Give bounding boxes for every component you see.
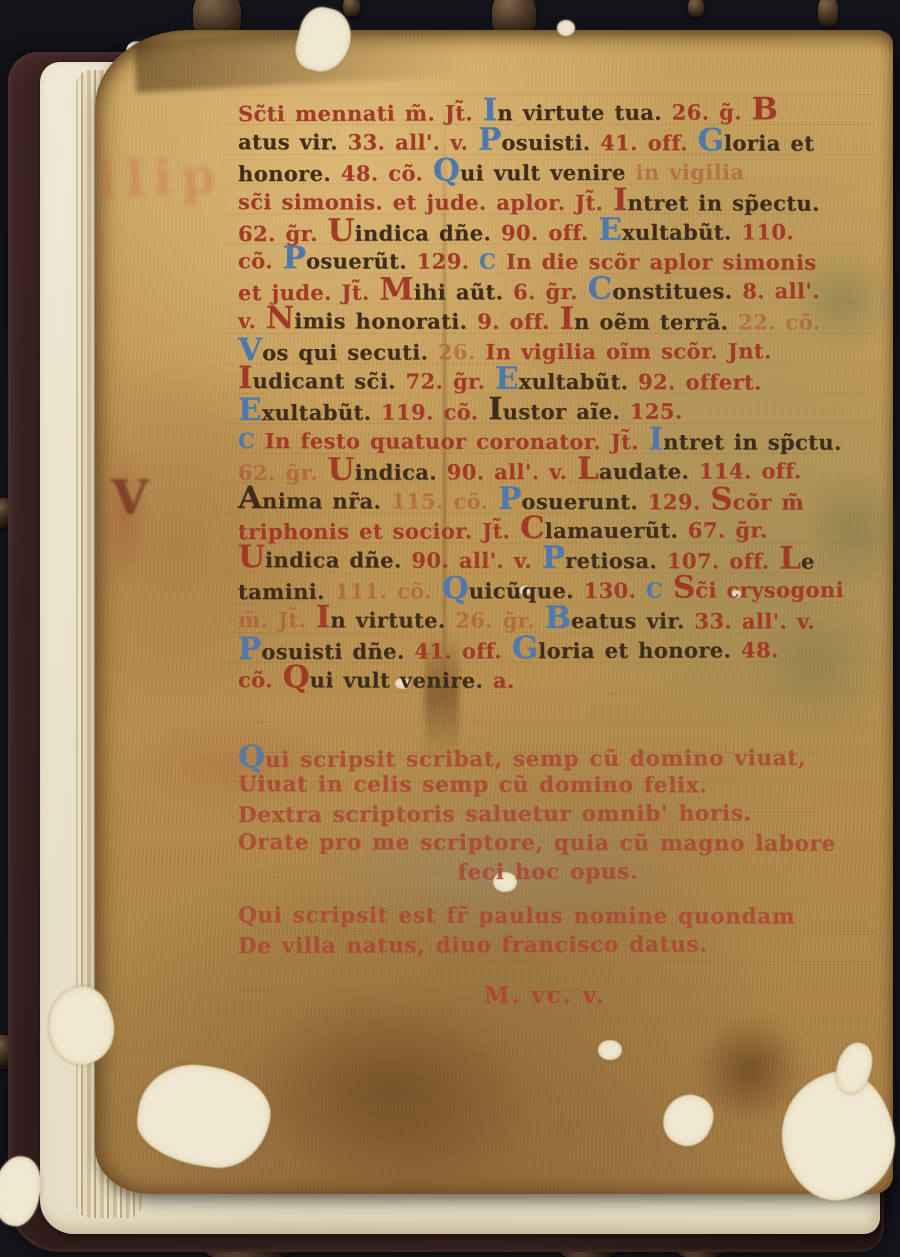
text-segment: In vigilia oĩm scõr. Jnt. [485,338,771,364]
text-segment: indica dñe. [265,548,411,573]
illuminated-initial: P [478,122,501,158]
text-segment: Uiuat in celis semp cũ domino felix. [238,772,708,798]
main-text-block: Sc̃ti mennati m̃. Jt̃. In virtute tua. 2… [238,96,898,694]
text-segment: osuerũt. [306,249,417,274]
illuminated-initial: M [379,272,413,308]
illuminated-initial: P [542,540,565,576]
illuminated-initial: S [710,481,732,517]
text-segment: 90. all'. v. [411,548,541,573]
chant-list-line: Posuisti dñe. 41. off. Gloria et honore… [238,633,898,665]
text-segment: 110. [741,219,794,244]
date-inscription: M. vc. v. [415,982,675,1009]
illuminated-initial: Q [433,152,460,188]
chant-list-line: Exultabũt. 119. cõ. Iustor aĩe. 125. [238,394,898,426]
text-segment: lamauerũt. [545,518,688,543]
text-segment: 48. cõ. [341,160,433,185]
text-segment: sc̃i simonis. et jude. aplor. Jt̃. [238,189,613,215]
text-segment: Sc̃ti mennati m̃. Jt̃. [238,100,483,126]
text-segment: retiosa. [565,548,667,573]
illuminated-initial: E [238,392,262,428]
text-segment: 119. cõ. [381,399,488,424]
text-segment: ustor aĩe. [503,399,630,424]
illuminated-initial: G [698,122,725,158]
text-segment: v. [238,308,266,333]
text-segment: atus vir. [238,129,348,154]
colophon-line: De villa natus, diuo francisco datus. [238,930,858,961]
text-segment: a. [493,668,515,693]
illuminated-initial: N [266,300,294,336]
illuminated-initial: E [598,211,622,247]
text-segment: C [479,249,506,274]
illuminated-initial: B [545,600,571,636]
text-segment: os qui secuti. [262,340,438,366]
text-segment: 22. cõ. [738,310,820,335]
text-segment: imis honorati. [294,309,477,334]
damage-patch [557,20,575,36]
text-segment: indica dñe. [355,220,501,246]
colophon-line: Qui scripsit scribat, semp cũ domino vi… [238,741,858,772]
text-segment: 26. [438,339,486,364]
text-segment: n oẽm terrã. [574,309,738,334]
chant-list-line: Uindica dñe. 90. all'. v. Pretiosa. 107… [238,543,898,575]
chant-list-line: honore. 48. cõ. Qui vult venire in vigi… [238,155,898,187]
stain [103,448,149,583]
text-segment: audate. [599,458,699,483]
manuscript-photo: ilip V Sc̃ti mennati m̃. Jt̃. In virtute… [0,0,900,1257]
binding-boss [343,0,360,16]
illuminated-initial: I [488,391,503,427]
text-segment: onstitues. [612,279,742,304]
illuminated-initial: I [316,599,331,635]
text-segment: Qui scripsit est fr̃ paulus nomine quond… [238,903,795,929]
text-segment: xultabũt. [519,369,638,394]
illuminated-initial: B [752,91,778,127]
illuminated-initial: U [327,451,354,487]
text-segment: n virtute tua. [497,100,671,126]
text-segment: 6. g̃r. [513,279,588,304]
illuminated-initial: U [238,539,265,575]
illuminated-initial: I [649,421,664,457]
colophon-line: Dextra scriptoris saluetur omnib' horis. [238,799,858,830]
text-segment: feci hoc opus. [458,860,639,886]
text-segment: 33. all'. v. [694,608,815,633]
text-segment: Orate pro me scriptore, quia cũ magno l… [238,830,836,857]
colophon-line: Qui scripsit est fr̃ paulus nomine quond… [238,901,858,932]
damage-patch [655,1086,720,1153]
colophon-block: Qui scripsit scribat, semp cũ domino vi… [238,742,858,960]
text-segment: xultabũt. [622,219,741,244]
text-segment: ui vult venire [460,160,636,186]
chant-list-line: Vos qui secuti. 26. In vigilia oĩm scõ… [238,334,898,366]
text-segment: Dextra scriptoris saluetur omnib' horis. [238,801,752,828]
text-segment: 90. off. [501,219,598,244]
illuminated-initial: Q [442,571,469,607]
binding-boss [818,0,838,27]
illuminated-initial: G [512,630,539,666]
text-segment: e [801,549,815,574]
text-segment: cõ. [238,249,283,274]
chant-list-line: Iudicant sc̃i. 72. g̃r. Exultabũt. 92. … [238,364,898,396]
illuminated-initial: Q [283,659,310,695]
illuminated-initial: I [559,301,574,337]
text-segment: 125. [630,399,683,424]
chant-list-line: m̃. Jt̃. In virtute. 26. g̃r. Beatus vir… [238,603,898,635]
illuminated-initial: A [238,480,262,516]
text-segment: loria et honore. [538,637,741,663]
illuminated-initial: U [327,212,354,248]
text-segment: 72. g̃r. [405,369,495,394]
text-segment: n virtute. [330,608,455,633]
text-segment: osuisti. [501,130,600,155]
text-segment: cõr m̃ [733,489,804,514]
chant-list-line: Anima nr̃a. 115. cõ. Posuerunt. 129. Sc… [238,484,898,516]
text-segment: 33. all'. v. [348,129,478,154]
text-segment: in vigilia [635,159,744,184]
margin-ghost-mark: V [111,470,147,525]
text-segment: cõ. [238,667,283,692]
text-segment: eatus vir. [571,608,694,633]
colophon-line: Orate pro me scriptore, quia cũ magno l… [238,828,858,859]
text-segment: ntret in sp̃ectu. [627,190,819,216]
text-segment: 41. off. [600,130,697,155]
text-segment: ui scripsit scribat, semp cũ domino viu… [265,746,806,773]
text-segment: honore. [238,161,341,186]
text-segment: In die scõr aplor simonis [506,249,817,275]
text-segment: ui vult venire. [310,667,493,692]
text-segment: C [646,578,673,603]
illuminated-initial: L [779,541,801,577]
text-segment: nima nr̃a. [262,488,391,513]
offset-ghost-text: ilip [96,146,226,209]
chant-list-line: sc̃i simonis. et jude. aplor. Jt̃. Intre… [238,185,898,217]
text-segment: ihi aũt. [414,280,513,305]
damage-patch [598,1040,622,1060]
illuminated-initial: L [577,451,599,487]
illuminated-initial: P [238,631,261,667]
chant-list-line: Sc̃ti mennati m̃. Jt̃. In virtute tua. 2… [238,95,898,127]
text-segment: 67. g̃r. [688,518,768,543]
illuminated-initial: C [587,271,612,307]
illuminated-initial: I [238,360,253,396]
text-segment: 130. [584,578,647,603]
chant-list-line: cõ. Qui vult venire. a. [238,663,898,695]
chant-list-line: cõ. Posuerũt. 129. C In die scõr aplo… [238,245,898,277]
chant-list-line: 62. g̃r. Uindica dñe. 90. off. Exultabu… [238,214,898,246]
text-segment: 114. off. [699,458,802,483]
text-segment: 111. cõ. [335,579,442,604]
text-segment: C [238,428,265,453]
text-segment: De villa natus, diuo francisco datus. [238,932,708,959]
text-segment: triphonis et socior. Jt̃. [238,519,520,545]
illuminated-initial: S [673,570,696,606]
colophon-line: Uiuat in celis semp cũ domino felix. [238,770,858,801]
chant-list-line: atus vir. 33. all'. v. Posuisti. 41. off… [238,125,898,157]
text-segment: 92. offert. [638,369,762,394]
text-segment: 129. [648,489,711,514]
chant-list-line: 62. g̃r. Uindica. 90. all'. v. Laudate. … [238,454,898,486]
text-segment: ntret in sp̃ctu. [663,429,842,454]
text-segment: 129. [417,249,480,274]
illuminated-initial: P [283,241,306,277]
text-segment: 8. all'. [742,278,820,303]
parchment-leaf: ilip V Sc̃ti mennati m̃. Jt̃. In virtute… [95,30,893,1194]
chant-list-line: v. Nimis honorati. 9. off. In oẽm terra… [238,304,898,336]
text-segment: xultabũt. [262,400,381,425]
text-segment: udicant sc̃i. [252,368,405,393]
text-segment: 9. off. [477,309,559,334]
text-segment: indica. [355,459,447,484]
text-segment: 48. [741,637,779,662]
text-segment: 41. off. [414,638,511,663]
illuminated-initial: P [498,480,521,516]
text-segment: m̃. Jt̃. [238,607,316,632]
text-segment: c̃i crysogoni [695,577,844,603]
text-segment: loria et [724,130,814,155]
chant-list-line: C In festo quatuor coronator. Jt̃. Intre… [238,424,898,456]
damage-patch [774,1065,900,1207]
text-segment: 26. g̃. [672,99,752,124]
text-segment: et jude. Jt̃. [238,280,379,305]
colophon-line: feci hoc opus. [238,857,858,888]
text-segment: 115. cõ. [391,488,498,513]
binding-boss [688,0,704,17]
